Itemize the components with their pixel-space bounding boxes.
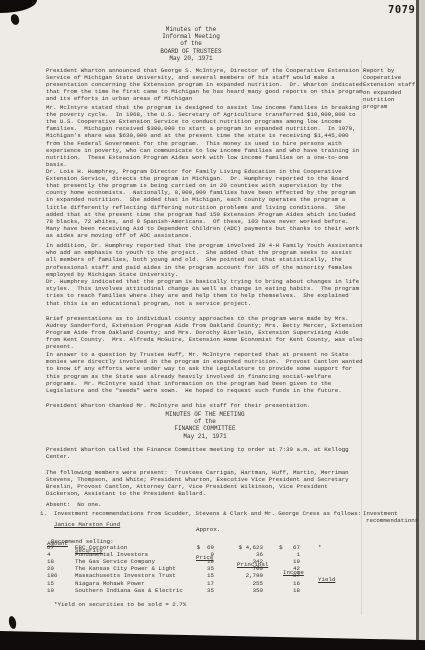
- cell-security: Southern Indiana Gas & Electric: [75, 587, 183, 594]
- margin-note-report: Report by Cooperative Extension staff on…: [363, 67, 420, 110]
- cell-price: 15: [182, 572, 214, 579]
- finance-heading-line-1: MINUTES OF THE MEETING: [51, 411, 359, 418]
- item-number: 1.: [40, 510, 54, 517]
- heading-line-5: May 20, 1971: [46, 55, 336, 62]
- table-row: 18 The Gas Service Company 19 342 19: [46, 558, 376, 565]
- paragraph-program-design: Mr. McIntyre stated that the program is …: [46, 104, 364, 169]
- paragraph-lifestyles: Dr. Humphrey indicated that the program …: [46, 278, 364, 307]
- cell-amount: 4: [47, 551, 69, 558]
- item-text: Investment recommendations from Scudder,…: [54, 510, 361, 517]
- table-row: 186 Massachusetts Investors Trust 15 2,7…: [46, 572, 376, 579]
- table-row: 4 Fundamental Investors 9 36 1: [46, 551, 376, 558]
- cell-security: The Kansas City Power & Light: [75, 565, 176, 572]
- cell-income: 1: [270, 551, 300, 558]
- page-number-stamp: 7079: [388, 4, 415, 16]
- cell-income: 87: [270, 572, 300, 579]
- agenda-item-1: 1. Investment recommendations from Scudd…: [40, 510, 361, 517]
- table-row: 10 Southern Indiana Gas & Electric 35 35…: [46, 587, 376, 594]
- paragraph-humphrey: Dr. Lois H. Humphrey, Program Director f…: [46, 168, 364, 240]
- cell-principal: $ 4,623: [222, 544, 263, 551]
- heading-line-3: of the: [46, 40, 336, 47]
- fund-name: Janice Marston Fund: [54, 521, 120, 528]
- cell-price: 17: [182, 580, 214, 587]
- cell-principal: 255: [222, 580, 263, 587]
- cell-security: The Gas Service Company: [75, 558, 155, 565]
- investment-table-rows: 67 EBC Corporation $ 69 $ 4,623 $ 67 * 4…: [46, 544, 376, 594]
- margin-note-investment: Investment recommendations: [363, 510, 425, 524]
- cell-price: 9: [182, 551, 214, 558]
- cell-principal: 342: [222, 558, 263, 565]
- paragraph-youth: In addition, Dr. Humphrey reported that …: [46, 242, 364, 278]
- punch-hole-top: [9, 13, 20, 26]
- scanned-minutes-page: { "page_number": "7079", "board_minutes"…: [0, 0, 425, 650]
- cell-income: $ 67: [270, 544, 300, 551]
- heading-line-2: Informal Meeting: [46, 33, 336, 40]
- cell-principal: 2,790: [222, 572, 263, 579]
- cell-security: Massachusetts Investors Trust: [75, 572, 176, 579]
- paragraph-absent: Absent: No one.: [46, 501, 364, 508]
- board-minutes-heading: Minutes of the Informal Meeting of the B…: [46, 26, 336, 62]
- paragraph-members-present: The following members were present: Trus…: [46, 469, 364, 498]
- cell-security: Niagara Mohawk Power: [75, 580, 145, 587]
- cell-principal: 36: [222, 551, 263, 558]
- cell-income: 42: [270, 565, 300, 572]
- table-row: 15 Niagara Mohawk Power 17 255 16: [46, 580, 376, 587]
- table-row: 20 The Kansas City Power & Light 35 700 …: [46, 565, 376, 572]
- paragraph-state-monies: In answer to a question by Trustee Huff,…: [46, 351, 364, 394]
- scan-bottom-edge: [0, 631, 425, 650]
- paragraph-call-to-order: President Wharton called the Finance Com…: [46, 446, 364, 460]
- finance-heading-line-4: May 21, 1971: [51, 433, 359, 440]
- finance-minutes-heading: MINUTES OF THE MEETING of the FINANCE CO…: [51, 411, 359, 440]
- cell-amount: 10: [47, 587, 69, 594]
- paragraph-announcement: President Wharton announced that George …: [46, 67, 364, 103]
- cell-amount: 186: [47, 572, 69, 579]
- cell-yield: *: [318, 544, 321, 551]
- cell-security: Fundamental Investors: [75, 551, 148, 558]
- cell-principal: 350: [222, 587, 263, 594]
- yield-footnote: *Yield on securities to be sold = 2.7%: [54, 601, 186, 608]
- heading-line-1: Minutes of the: [46, 26, 336, 33]
- cell-amount: 18: [47, 558, 69, 565]
- paragraph-thanks: President Wharton thanked Mr. McIntyre a…: [46, 402, 364, 409]
- finance-heading-line-2: of the: [51, 418, 359, 425]
- cell-amount: 67: [47, 544, 69, 551]
- punch-hole-bottom: [8, 615, 18, 629]
- heading-line-4: BOARD OF TRUSTEES: [46, 48, 336, 55]
- cell-principal: 700: [222, 565, 263, 572]
- margin-note-investment-line1: Investment: [363, 510, 398, 517]
- margin-note-investment-line2: recommendations: [363, 517, 425, 524]
- cell-income: 19: [270, 558, 300, 565]
- cell-amount: 20: [47, 565, 69, 572]
- cell-amount: 15: [47, 580, 69, 587]
- cell-price: 35: [182, 565, 214, 572]
- table-row: 67 EBC Corporation $ 69 $ 4,623 $ 67 *: [46, 544, 376, 551]
- finance-heading-line-3: FINANCE COMMITTEE: [51, 425, 359, 432]
- cell-price: 35: [182, 587, 214, 594]
- paragraph-presentations: Brief presentations as to individual cou…: [46, 315, 364, 351]
- cell-income: 18: [270, 587, 300, 594]
- scan-corner-shadow: [0, 0, 37, 13]
- cell-price: $ 69: [182, 544, 214, 551]
- cell-price: 19: [182, 558, 214, 565]
- cell-security: EBC Corporation: [75, 544, 127, 551]
- cell-income: 16: [270, 580, 300, 587]
